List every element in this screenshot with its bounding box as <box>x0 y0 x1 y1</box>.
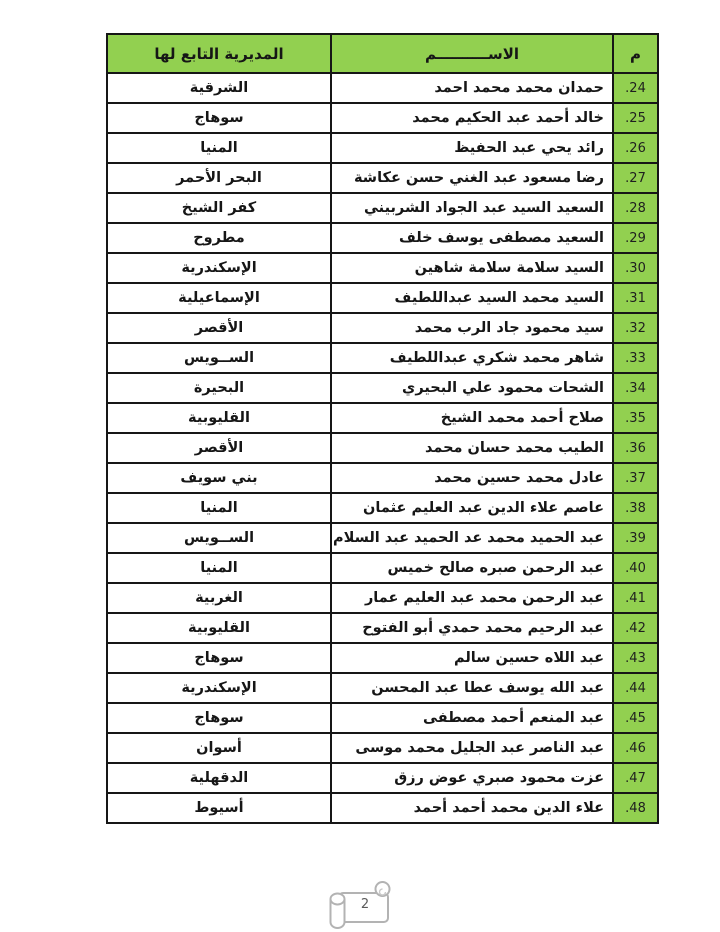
serial-cell: 44. <box>613 673 658 703</box>
serial-cell: 30. <box>613 253 658 283</box>
table-row: 44. عبد الله يوسف عطا عبد المحسن الإسكند… <box>107 673 658 703</box>
directorate-cell: الإسماعيلية <box>107 283 331 313</box>
serial-cell: 27. <box>613 163 658 193</box>
directorate-cell: الأقصر <box>107 313 331 343</box>
page-footer: 2 <box>0 878 720 932</box>
name-cell: عبد المنعم أحمد مصطفى <box>331 703 613 733</box>
directorate-cell: الســويس <box>107 523 331 553</box>
name-cell: سيد محمود جاد الرب محمد <box>331 313 613 343</box>
serial-cell: 42. <box>613 613 658 643</box>
page-number: 2 <box>355 897 375 912</box>
name-cell: الشحات محمود علي البحيري <box>331 373 613 403</box>
table-row: 43. عبد اللاه حسين سالم سوهاج <box>107 643 658 673</box>
directorate-cell: الإسكندرية <box>107 673 331 703</box>
directorate-cell: الســويس <box>107 343 331 373</box>
name-cell: السعيد مصطفى يوسف خلف <box>331 223 613 253</box>
table-row: 34. الشحات محمود علي البحيري البحيرة <box>107 373 658 403</box>
table-row: 36. الطيب محمد حسان محمد الأقصر <box>107 433 658 463</box>
serial-cell: 32. <box>613 313 658 343</box>
serial-cell: 26. <box>613 133 658 163</box>
table-row: 32. سيد محمود جاد الرب محمد الأقصر <box>107 313 658 343</box>
name-cell: رائد يحي عبد الحفيظ <box>331 133 613 163</box>
table-header-row: م الاســــــــــم المديرية التابع لها <box>107 34 658 73</box>
directorate-cell: سوهاج <box>107 103 331 133</box>
name-cell: السيد محمد السيد عبداللطيف <box>331 283 613 313</box>
table-row: 46. عبد الناصر عبد الجليل محمد موسى أسوا… <box>107 733 658 763</box>
serial-cell: 46. <box>613 733 658 763</box>
serial-cell: 47. <box>613 763 658 793</box>
serial-cell: 38. <box>613 493 658 523</box>
name-cell: عاصم علاء الدين عبد العليم عثمان <box>331 493 613 523</box>
directorate-cell: الإسكندرية <box>107 253 331 283</box>
directorate-cell: الأقصر <box>107 433 331 463</box>
serial-cell: 33. <box>613 343 658 373</box>
name-cell: خالد أحمد عبد الحكيم محمد <box>331 103 613 133</box>
roster-table: م الاســــــــــم المديرية التابع لها 24… <box>106 33 659 824</box>
table-row: 30. السيد سلامة سلامة شاهين الإسكندرية <box>107 253 658 283</box>
header-name: الاســــــــــم <box>331 34 613 73</box>
name-cell: عبد الرحيم محمد حمدي أبو الفتوح <box>331 613 613 643</box>
directorate-cell: سوهاج <box>107 703 331 733</box>
directorate-cell: البحيرة <box>107 373 331 403</box>
table-row: 38. عاصم علاء الدين عبد العليم عثمان الم… <box>107 493 658 523</box>
name-cell: عبد الرحمن صبره صالح خميس <box>331 553 613 583</box>
directorate-cell: بني سويف <box>107 463 331 493</box>
serial-cell: 24. <box>613 73 658 103</box>
name-cell: عبد الله يوسف عطا عبد المحسن <box>331 673 613 703</box>
directorate-cell: المنيا <box>107 133 331 163</box>
serial-cell: 35. <box>613 403 658 433</box>
serial-cell: 43. <box>613 643 658 673</box>
directorate-cell: الدقهلية <box>107 763 331 793</box>
serial-cell: 48. <box>613 793 658 823</box>
table-row: 40. عبد الرحمن صبره صالح خميس المنيا <box>107 553 658 583</box>
serial-cell: 29. <box>613 223 658 253</box>
table-row: 29. السعيد مصطفى يوسف خلف مطروح <box>107 223 658 253</box>
directorate-cell: القليوبية <box>107 403 331 433</box>
name-cell: عبد الناصر عبد الجليل محمد موسى <box>331 733 613 763</box>
name-cell: حمدان محمد محمد احمد <box>331 73 613 103</box>
serial-cell: 37. <box>613 463 658 493</box>
header-serial: م <box>613 34 658 73</box>
serial-cell: 39. <box>613 523 658 553</box>
name-cell: السعيد السيد عبد الجواد الشربيني <box>331 193 613 223</box>
name-cell: الطيب محمد حسان محمد <box>331 433 613 463</box>
serial-cell: 45. <box>613 703 658 733</box>
table-row: 26. رائد يحي عبد الحفيظ المنيا <box>107 133 658 163</box>
table-row: 48. علاء الدين محمد أحمد أحمد أسيوط <box>107 793 658 823</box>
serial-cell: 28. <box>613 193 658 223</box>
name-cell: عزت محمود صبري عوض رزق <box>331 763 613 793</box>
table-row: 39. عبد الحميد محمد عد الحميد عبد السلام… <box>107 523 658 553</box>
name-cell: علاء الدين محمد أحمد أحمد <box>331 793 613 823</box>
name-cell: صلاح أحمد محمد الشيخ <box>331 403 613 433</box>
table-row: 47. عزت محمود صبري عوض رزق الدقهلية <box>107 763 658 793</box>
directorate-cell: الشرقية <box>107 73 331 103</box>
directorate-cell: القليوبية <box>107 613 331 643</box>
name-cell: شاهر محمد شكري عبداللطيف <box>331 343 613 373</box>
serial-cell: 34. <box>613 373 658 403</box>
name-cell: عبد الرحمن محمد عبد العليم عمار <box>331 583 613 613</box>
table-row: 27. رضا مسعود عبد الغني حسن عكاشة البحر … <box>107 163 658 193</box>
directorate-cell: البحر الأحمر <box>107 163 331 193</box>
table-row: 31. السيد محمد السيد عبداللطيف الإسماعيل… <box>107 283 658 313</box>
serial-cell: 41. <box>613 583 658 613</box>
table-row: 25. خالد أحمد عبد الحكيم محمد سوهاج <box>107 103 658 133</box>
table-row: 28. السعيد السيد عبد الجواد الشربيني كفر… <box>107 193 658 223</box>
serial-cell: 36. <box>613 433 658 463</box>
name-cell: السيد سلامة سلامة شاهين <box>331 253 613 283</box>
directorate-cell: أسوان <box>107 733 331 763</box>
table-row: 24. حمدان محمد محمد احمد الشرقية <box>107 73 658 103</box>
directorate-cell: الغربية <box>107 583 331 613</box>
table-row: 41. عبد الرحمن محمد عبد العليم عمار الغر… <box>107 583 658 613</box>
table-row: 35. صلاح أحمد محمد الشيخ القليوبية <box>107 403 658 433</box>
directorate-cell: كفر الشيخ <box>107 193 331 223</box>
name-cell: عبد الحميد محمد عد الحميد عبد السلام <box>331 523 613 553</box>
scroll-page-number-icon: 2 <box>321 878 399 932</box>
directorate-cell: مطروح <box>107 223 331 253</box>
directorate-cell: المنيا <box>107 553 331 583</box>
table-row: 33. شاهر محمد شكري عبداللطيف الســويس <box>107 343 658 373</box>
name-cell: عبد اللاه حسين سالم <box>331 643 613 673</box>
serial-cell: 25. <box>613 103 658 133</box>
directorate-cell: سوهاج <box>107 643 331 673</box>
serial-cell: 40. <box>613 553 658 583</box>
document-page: م الاســــــــــم المديرية التابع لها 24… <box>0 0 720 932</box>
serial-cell: 31. <box>613 283 658 313</box>
table-row: 37. عادل محمد حسين محمد بني سويف <box>107 463 658 493</box>
table-row: 42. عبد الرحيم محمد حمدي أبو الفتوح القل… <box>107 613 658 643</box>
header-directorate: المديرية التابع لها <box>107 34 331 73</box>
name-cell: عادل محمد حسين محمد <box>331 463 613 493</box>
table-row: 45. عبد المنعم أحمد مصطفى سوهاج <box>107 703 658 733</box>
name-cell: رضا مسعود عبد الغني حسن عكاشة <box>331 163 613 193</box>
directorate-cell: أسيوط <box>107 793 331 823</box>
directorate-cell: المنيا <box>107 493 331 523</box>
